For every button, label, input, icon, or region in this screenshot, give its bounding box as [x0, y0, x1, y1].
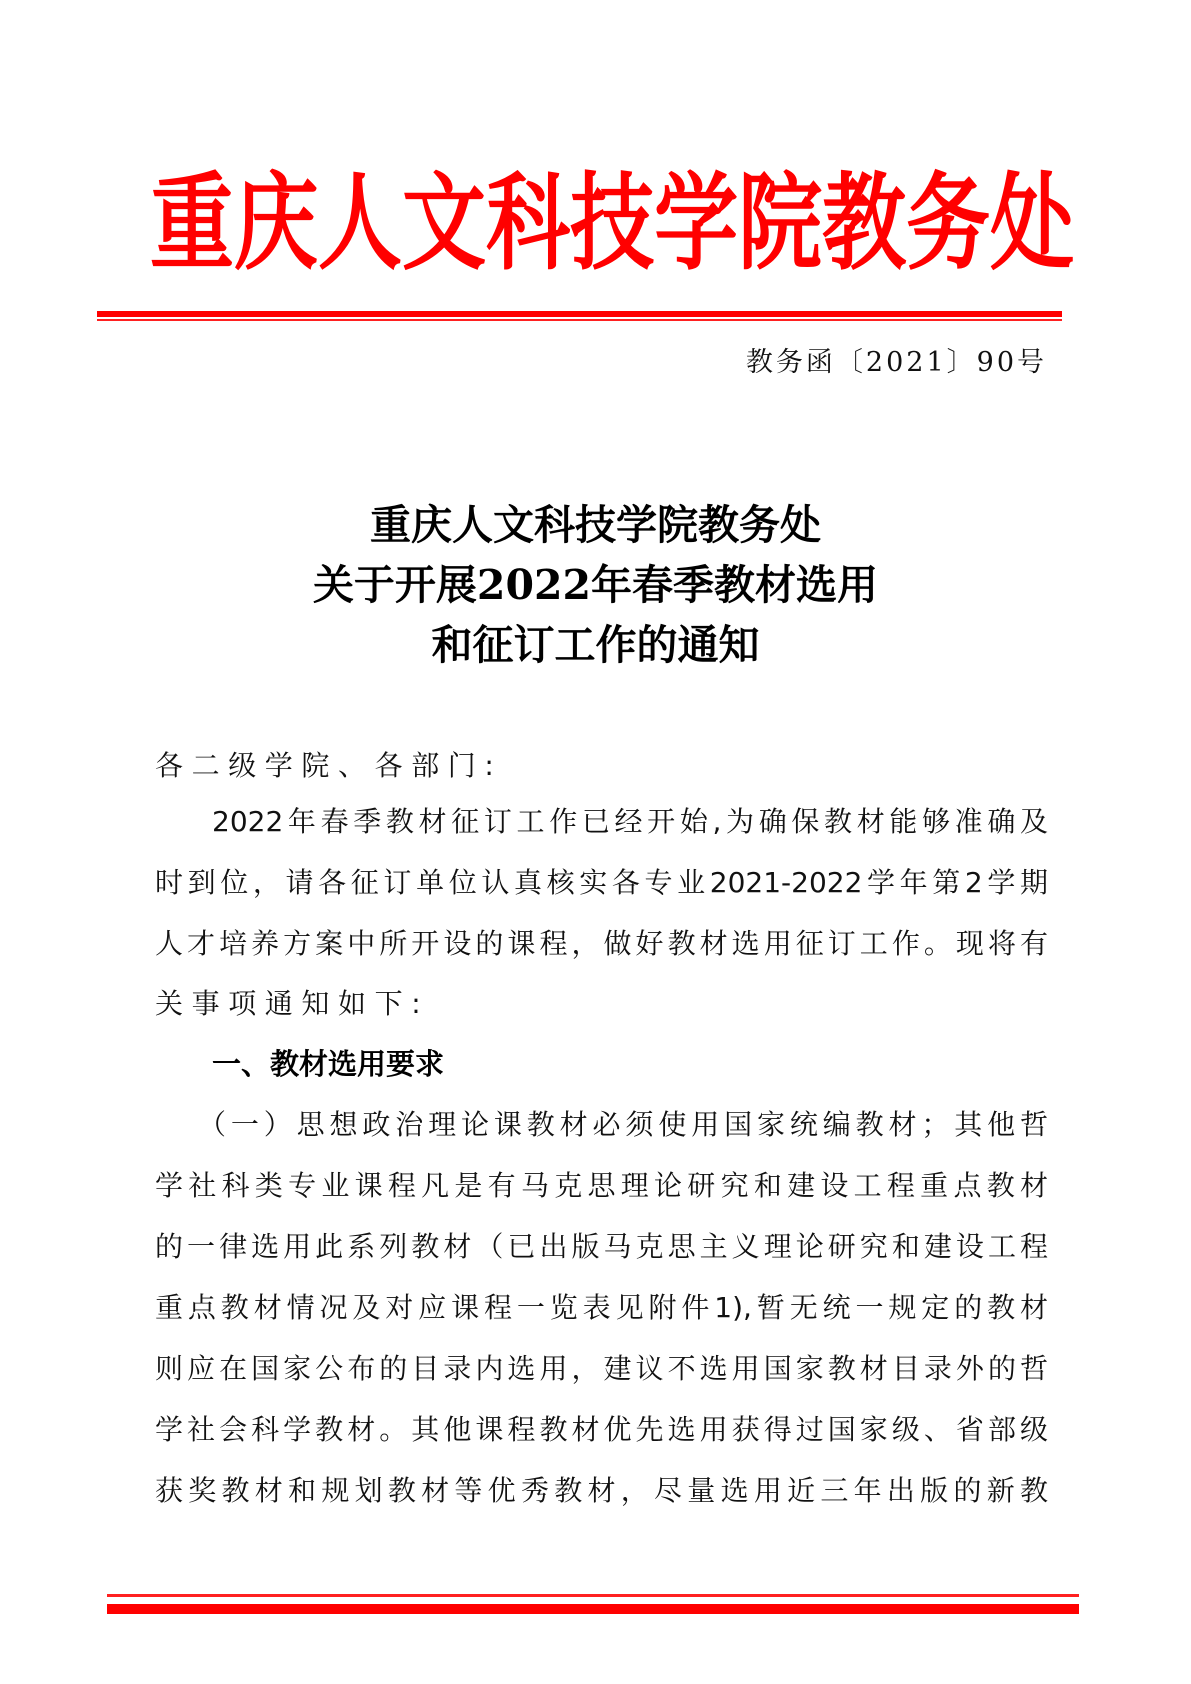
section-heading-1: 一、教材选用要求 [212, 1044, 444, 1084]
header-rule-thin [97, 319, 1062, 321]
section-1-line: 学社科类专业课程凡是有马克思理论研究和建设工程重点教材 [155, 1166, 1048, 1206]
masthead-title: 重 庆 人 文 科 技 学 院 教 务 处 [150, 168, 1050, 278]
masthead-char: 学 [654, 154, 738, 292]
section-1-line: 获奖教材和规划教材等优秀教材，尽量选用近三年出版的新教 [155, 1471, 1048, 1511]
masthead-char: 处 [990, 154, 1074, 292]
footer-rule-thick [107, 1604, 1079, 1614]
masthead-char: 重 [150, 154, 234, 292]
intro-line: 2022年春季教材征订工作已经开始,为确保教材能够准确及 [212, 802, 1048, 842]
masthead-char: 技 [570, 154, 654, 292]
footer-rule-thin [107, 1594, 1079, 1597]
section-1-line: 学社会科学教材。其他课程教材优先选用获得过国家级、省部级 [155, 1410, 1048, 1450]
intro-line: 时到位，请各征订单位认真核实各专业2021-2022学年第2学期 [155, 863, 1048, 903]
notice-title-line-1: 重庆人文科技学院教务处 [0, 492, 1191, 551]
masthead-char: 庆 [234, 154, 318, 292]
masthead-char: 教 [822, 154, 906, 292]
section-1-line: （一）思想政治理论课教材必须使用国家统编教材；其他哲 [198, 1105, 1048, 1145]
masthead-char: 院 [738, 154, 822, 292]
document-number: 教务函〔2021〕90号 [746, 340, 1047, 379]
intro-line: 关事项通知如下: [155, 984, 1048, 1024]
intro-line: 人才培养方案中所开设的课程，做好教材选用征订工作。现将有 [155, 924, 1048, 964]
masthead-char: 人 [318, 154, 402, 292]
masthead-char: 文 [402, 154, 486, 292]
document-page: 重 庆 人 文 科 技 学 院 教 务 处 教务函〔2021〕90号 重庆人文科… [0, 0, 1191, 1684]
masthead-char: 务 [906, 154, 990, 292]
notice-title-line-2: 关于开展2022年春季教材选用 [0, 552, 1191, 611]
salutation: 各二级学院、各部门: [155, 746, 1048, 786]
notice-title-line-3: 和征订工作的通知 [0, 612, 1191, 671]
section-1-line: 则应在国家公布的目录内选用，建议不选用国家教材目录外的哲 [155, 1349, 1048, 1389]
masthead-char: 科 [486, 154, 570, 292]
header-rule-thick [97, 311, 1062, 317]
section-1-line: 的一律选用此系列教材（已出版马克思主义理论研究和建设工程 [155, 1227, 1048, 1267]
section-1-line: 重点教材情况及对应课程一览表见附件1),暂无统一规定的教材 [155, 1288, 1048, 1328]
